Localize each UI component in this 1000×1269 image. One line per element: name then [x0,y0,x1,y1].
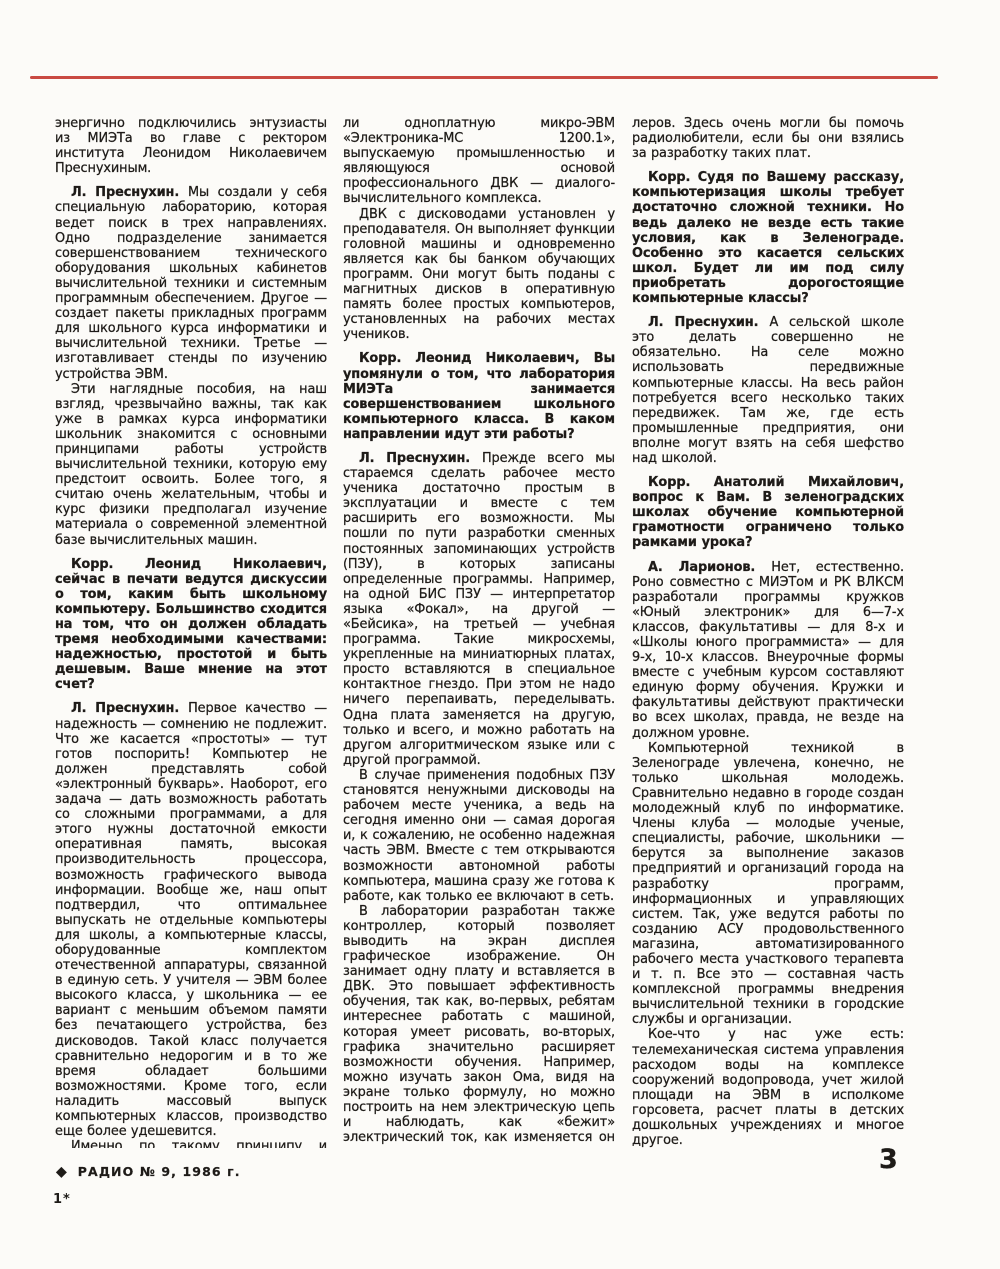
speaker-name: Л. Преснухин. [71,185,188,200]
dialogue-paragraph: Корр. Леонид Николаевич, сейчас в печати… [55,557,327,693]
speaker-name: Корр. [71,557,145,572]
body-paragraph: Кое-что у нас уже есть: телемеханическая… [632,1027,904,1148]
text-column-1: энергично подключились энтузиасты из МИЭ… [55,116,327,1148]
speaker-name: А. Ларионов. [648,560,771,575]
body-paragraph: Эти наглядные пособия, на наш взгляд, чр… [55,382,327,548]
signature-mark: 1* [53,1192,71,1207]
dialogue-paragraph: А. Ларионов. Нет, естественно. Роно совм… [632,560,904,741]
journal-issue-label: РАДИО № 9, 1986 г. [78,1164,241,1179]
speaker-name: Корр. [648,170,698,185]
speaker-name: Корр. [648,475,714,490]
speaker-name: Корр. [359,351,415,366]
diamond-icon: ◆ [56,1165,67,1179]
body-paragraph: В лаборатории разработан также контролле… [343,904,615,1148]
dialogue-paragraph: Корр. Анатолий Михайлович, вопрос к Вам.… [632,475,904,550]
speaker-name: Л. Преснухин. [359,451,482,466]
body-paragraph: В случае применения подобных ПЗУ становя… [343,768,615,904]
body-paragraph: леров. Здесь очень могли бы помочь радио… [632,116,904,161]
dialogue-paragraph: Л. Преснухин. Мы создали у себя специаль… [55,185,327,381]
body-paragraph: Именно по такому принципу и оборудованы … [55,1139,327,1148]
dialogue-paragraph: Л. Преснухин. Прежде всего мы стараемся … [343,451,615,768]
magazine-page: энергично подключились энтузиасты из МИЭ… [0,0,1000,1269]
top-rule [30,76,938,79]
footer: ◆ РАДИО № 9, 1986 г. [56,1164,241,1179]
page-number: 3 [879,1146,898,1173]
body-paragraph: энергично подключились энтузиасты из МИЭ… [55,116,327,176]
speaker-name: Л. Преснухин. [71,701,188,716]
body-paragraph: ДВК с дисководами установлен у преподава… [343,207,615,343]
body-paragraph: ли одноплатную микро-ЭВМ «Электроника-МС… [343,116,615,207]
text-column-2: ли одноплатную микро-ЭВМ «Электроника-МС… [343,116,615,1148]
dialogue-paragraph: Корр. Леонид Николаевич, Вы упомянули о … [343,351,615,442]
body-paragraph: Компьютерной техникой в Зеленограде увле… [632,741,904,1028]
dialogue-paragraph: Корр. Судя по Вашему рассказу, компьютер… [632,170,904,306]
text-column-3: леров. Здесь очень могли бы помочь радио… [632,116,904,1148]
speaker-name: Л. Преснухин. [648,315,770,330]
dialogue-paragraph: Л. Преснухин. Первое качество — надежнос… [55,701,327,1139]
dialogue-paragraph: Л. Преснухин. А сельской школе это делат… [632,315,904,466]
